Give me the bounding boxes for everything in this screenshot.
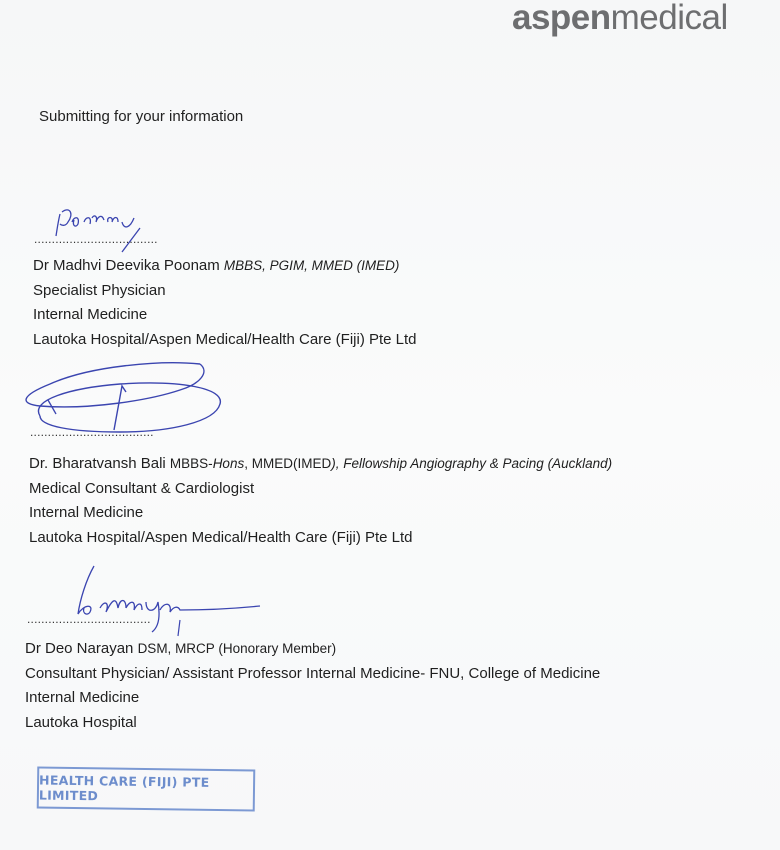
signature-line: ................................... xyxy=(27,612,151,626)
intro-text: Submitting for your information xyxy=(39,108,243,125)
signature-narayan xyxy=(60,560,270,640)
signature-line: ................................... xyxy=(34,232,158,246)
signatory-2: Dr. Bharatvansh Bali MBBS-Hons, MMED(IME… xyxy=(29,452,612,550)
signatory-department: Internal Medicine xyxy=(25,686,600,711)
signatory-department: Internal Medicine xyxy=(33,303,417,328)
signatory-organization: Lautoka Hospital xyxy=(25,711,600,736)
signatory-credentials: MBBS, PGIM, MMED (IMED) xyxy=(224,258,400,273)
cred-d: ), Fellowship Angiography & Pacing (Auck… xyxy=(331,456,612,471)
logo-bold-text: aspen xyxy=(512,0,611,37)
cred-a: MBBS- xyxy=(170,456,213,471)
document-page: aspenmedical Submitting for your informa… xyxy=(0,0,780,850)
signatory-1: Dr Madhvi Deevika Poonam MBBS, PGIM, MME… xyxy=(33,254,417,352)
cred-b: Hons xyxy=(213,456,245,471)
signatory-department: Internal Medicine xyxy=(29,501,612,526)
aspen-medical-logo: aspenmedical xyxy=(512,0,728,36)
signatory-credentials: DSM, MRCP (Honorary Member) xyxy=(138,641,337,656)
signatory-organization: Lautoka Hospital/Aspen Medical/Health Ca… xyxy=(29,526,612,551)
signatory-title: Medical Consultant & Cardiologist xyxy=(29,477,612,502)
signatory-title: Consultant Physician/ Assistant Professo… xyxy=(25,662,600,687)
signatory-name: Dr Deo Narayan xyxy=(25,640,133,657)
signatory-organization: Lautoka Hospital/Aspen Medical/Health Ca… xyxy=(33,328,417,353)
cred-c: , MMED(IMED xyxy=(244,456,331,471)
signatory-name: Dr Madhvi Deevika Poonam xyxy=(33,257,220,274)
company-stamp: HEALTH CARE (FIJI) PTE LIMITED xyxy=(37,766,256,811)
signatory-name: Dr. Bharatvansh Bali xyxy=(29,455,166,472)
signature-line: ................................... xyxy=(30,425,154,439)
signatory-title: Specialist Physician xyxy=(33,279,417,304)
logo-light-text: medical xyxy=(611,0,728,37)
signatory-3: Dr Deo Narayan DSM, MRCP (Honorary Membe… xyxy=(25,637,600,735)
